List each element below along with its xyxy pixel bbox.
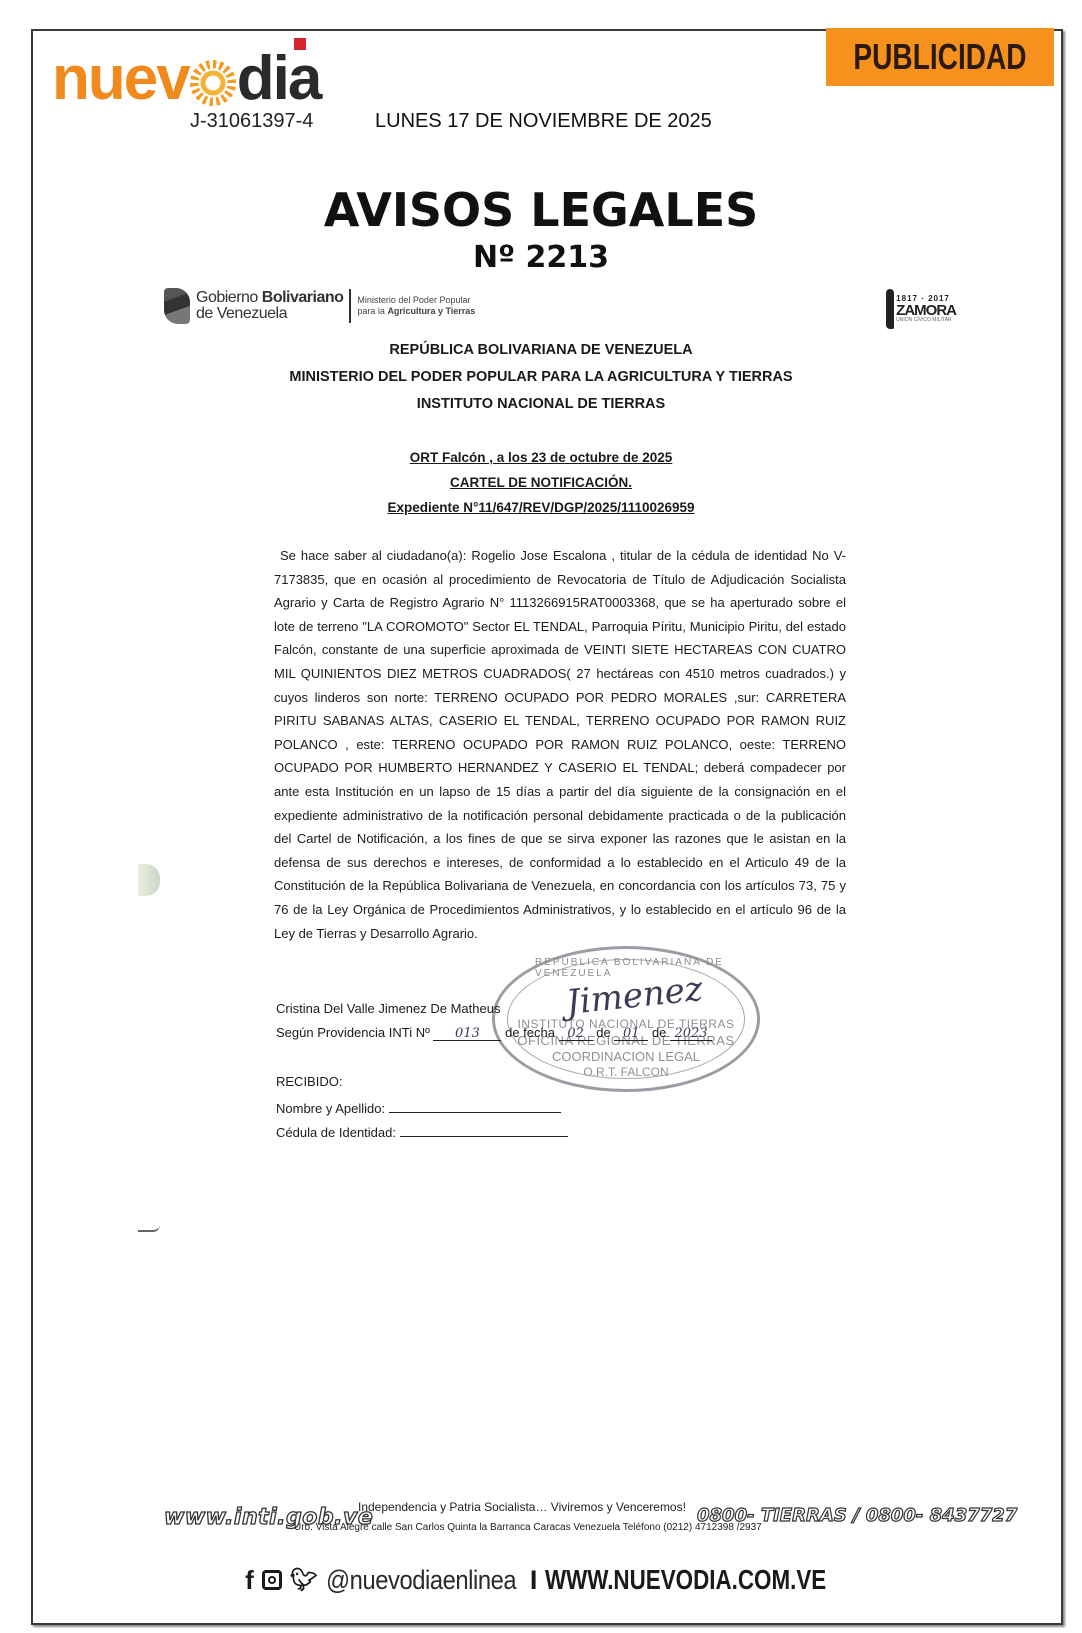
notice-type: CARTEL DE NOTIFICACIÓN. <box>0 475 1082 490</box>
hotline-number: 0800- TIERRAS / 0800- 8437727 <box>697 1505 1017 1526</box>
institution-line-1: REPÚBLICA BOLIVARIANA DE VENEZUELA <box>0 342 1082 358</box>
name-label: Nombre y Apellido: <box>276 1101 385 1116</box>
zamora-subtitle: UNIÓN CÍVICO MILITAR <box>896 318 956 323</box>
social-bar: f 🐦︎ @nuevodiaenlinea I WWW.NUEVODIA.COM… <box>0 1564 1082 1596</box>
gov-line1-bold: Bolivariano <box>262 289 344 306</box>
logo-text-left: nuev <box>52 48 189 110</box>
file-number: Expediente N°11/647/REV/DGP/2025/1110026… <box>0 500 1082 515</box>
institution-line-2: MINISTERIO DEL PODER POPULAR PARA LA AGR… <box>0 369 1082 385</box>
facebook-icon[interactable]: f <box>245 1567 254 1593</box>
stamp-line-3: O.R.T. FALCON <box>495 1065 757 1079</box>
providencia-number: 013 <box>433 1026 501 1041</box>
footer-address: Urb. Vista Alegre calle San Carlos Quint… <box>294 1522 762 1533</box>
providencia-label: Según Providencia INTi Nº <box>276 1025 430 1040</box>
id-label: Cédula de Identidad: <box>276 1125 396 1140</box>
logo-text-dia: dia <box>237 44 321 113</box>
nuevodia-website-link[interactable]: WWW.NUEVODIA.COM.VE <box>545 1564 826 1596</box>
notice-body: Se hace saber al ciudadano(a): Rogelio J… <box>274 544 846 945</box>
issue-number: Nº 2213 <box>0 240 1082 275</box>
providencia-line: Según Providencia INTi Nº 013 de fecha 0… <box>276 1025 712 1041</box>
institution-line-3: INSTITUTO NACIONAL DE TIERRAS <box>0 396 1082 412</box>
name-blank[interactable] <box>389 1098 561 1113</box>
nuevodia-logo: nuev dia <box>52 48 320 110</box>
page-title: AVISOS LEGALES <box>0 183 1082 237</box>
logo-text-right: dia <box>237 48 321 110</box>
fecha-label: de fecha <box>505 1025 555 1040</box>
id-field[interactable]: Cédula de Identidad: <box>276 1122 568 1140</box>
binder-hole-mark-lower <box>138 1218 160 1232</box>
id-blank[interactable] <box>400 1122 568 1137</box>
ministry-line1: Ministerio del Poder Popular <box>357 295 470 305</box>
footer-separator: I <box>530 1565 538 1596</box>
instagram-icon[interactable] <box>262 1570 282 1590</box>
gov-line2: de Venezuela <box>196 305 287 322</box>
ministry-line2: para la <box>357 306 387 316</box>
government-name: Gobierno Bolivariano de Venezuela <box>196 290 343 322</box>
twitter-icon[interactable]: 🐦︎ <box>290 1569 318 1591</box>
social-handle[interactable]: @nuevodiaenlinea <box>326 1565 516 1596</box>
ministry-line2-bold: Agricultura y Tierras <box>387 306 475 316</box>
de-label-1: de <box>596 1025 610 1040</box>
fecha-year: 2023 <box>670 1026 712 1041</box>
government-logo: Gobierno Bolivariano de Venezuela Minist… <box>164 288 475 324</box>
issue-date: LUNES 17 DE NOVIEMBRE DE 2025 <box>375 110 712 133</box>
de-label-2: de <box>652 1025 666 1040</box>
received-label: RECIBIDO: <box>276 1074 342 1089</box>
rif-number: J-31061397-4 <box>190 110 313 133</box>
section-tag: PUBLICIDAD <box>851 28 1029 86</box>
signatory-name: Cristina Del Valle Jimenez De Matheus <box>276 1001 500 1016</box>
fecha-month: 01 <box>614 1026 648 1041</box>
official-stamp: REPÚBLICA BOLIVARIANA DE VENEZUELA INSTI… <box>492 946 760 1092</box>
name-field[interactable]: Nombre y Apellido: <box>276 1098 561 1116</box>
venezuela-flag-icon <box>164 288 190 324</box>
zamora-portrait-icon <box>886 289 894 329</box>
sun-icon <box>190 60 236 106</box>
gov-line1: Gobierno <box>196 289 262 306</box>
notice-paragraph: Se hace saber al ciudadano(a): Rogelio J… <box>274 544 846 945</box>
logo-red-square-icon <box>294 38 306 50</box>
fecha-day: 02 <box>559 1026 593 1041</box>
ministry-name: Ministerio del Poder Popular para la Agr… <box>357 295 475 317</box>
zamora-logo: 1817 · 2017 ZAMORA UNIÓN CÍVICO MILITAR <box>886 286 956 332</box>
zamora-name: ZAMORA <box>896 303 956 318</box>
stamp-line-2: COORDINACION LEGAL <box>495 1049 757 1064</box>
logo-divider <box>349 289 351 323</box>
place-date: ORT Falcón , a los 23 de octubre de 2025 <box>0 450 1082 465</box>
footer-slogan: Independencia y Patria Socialista… Vivir… <box>358 1500 686 1514</box>
